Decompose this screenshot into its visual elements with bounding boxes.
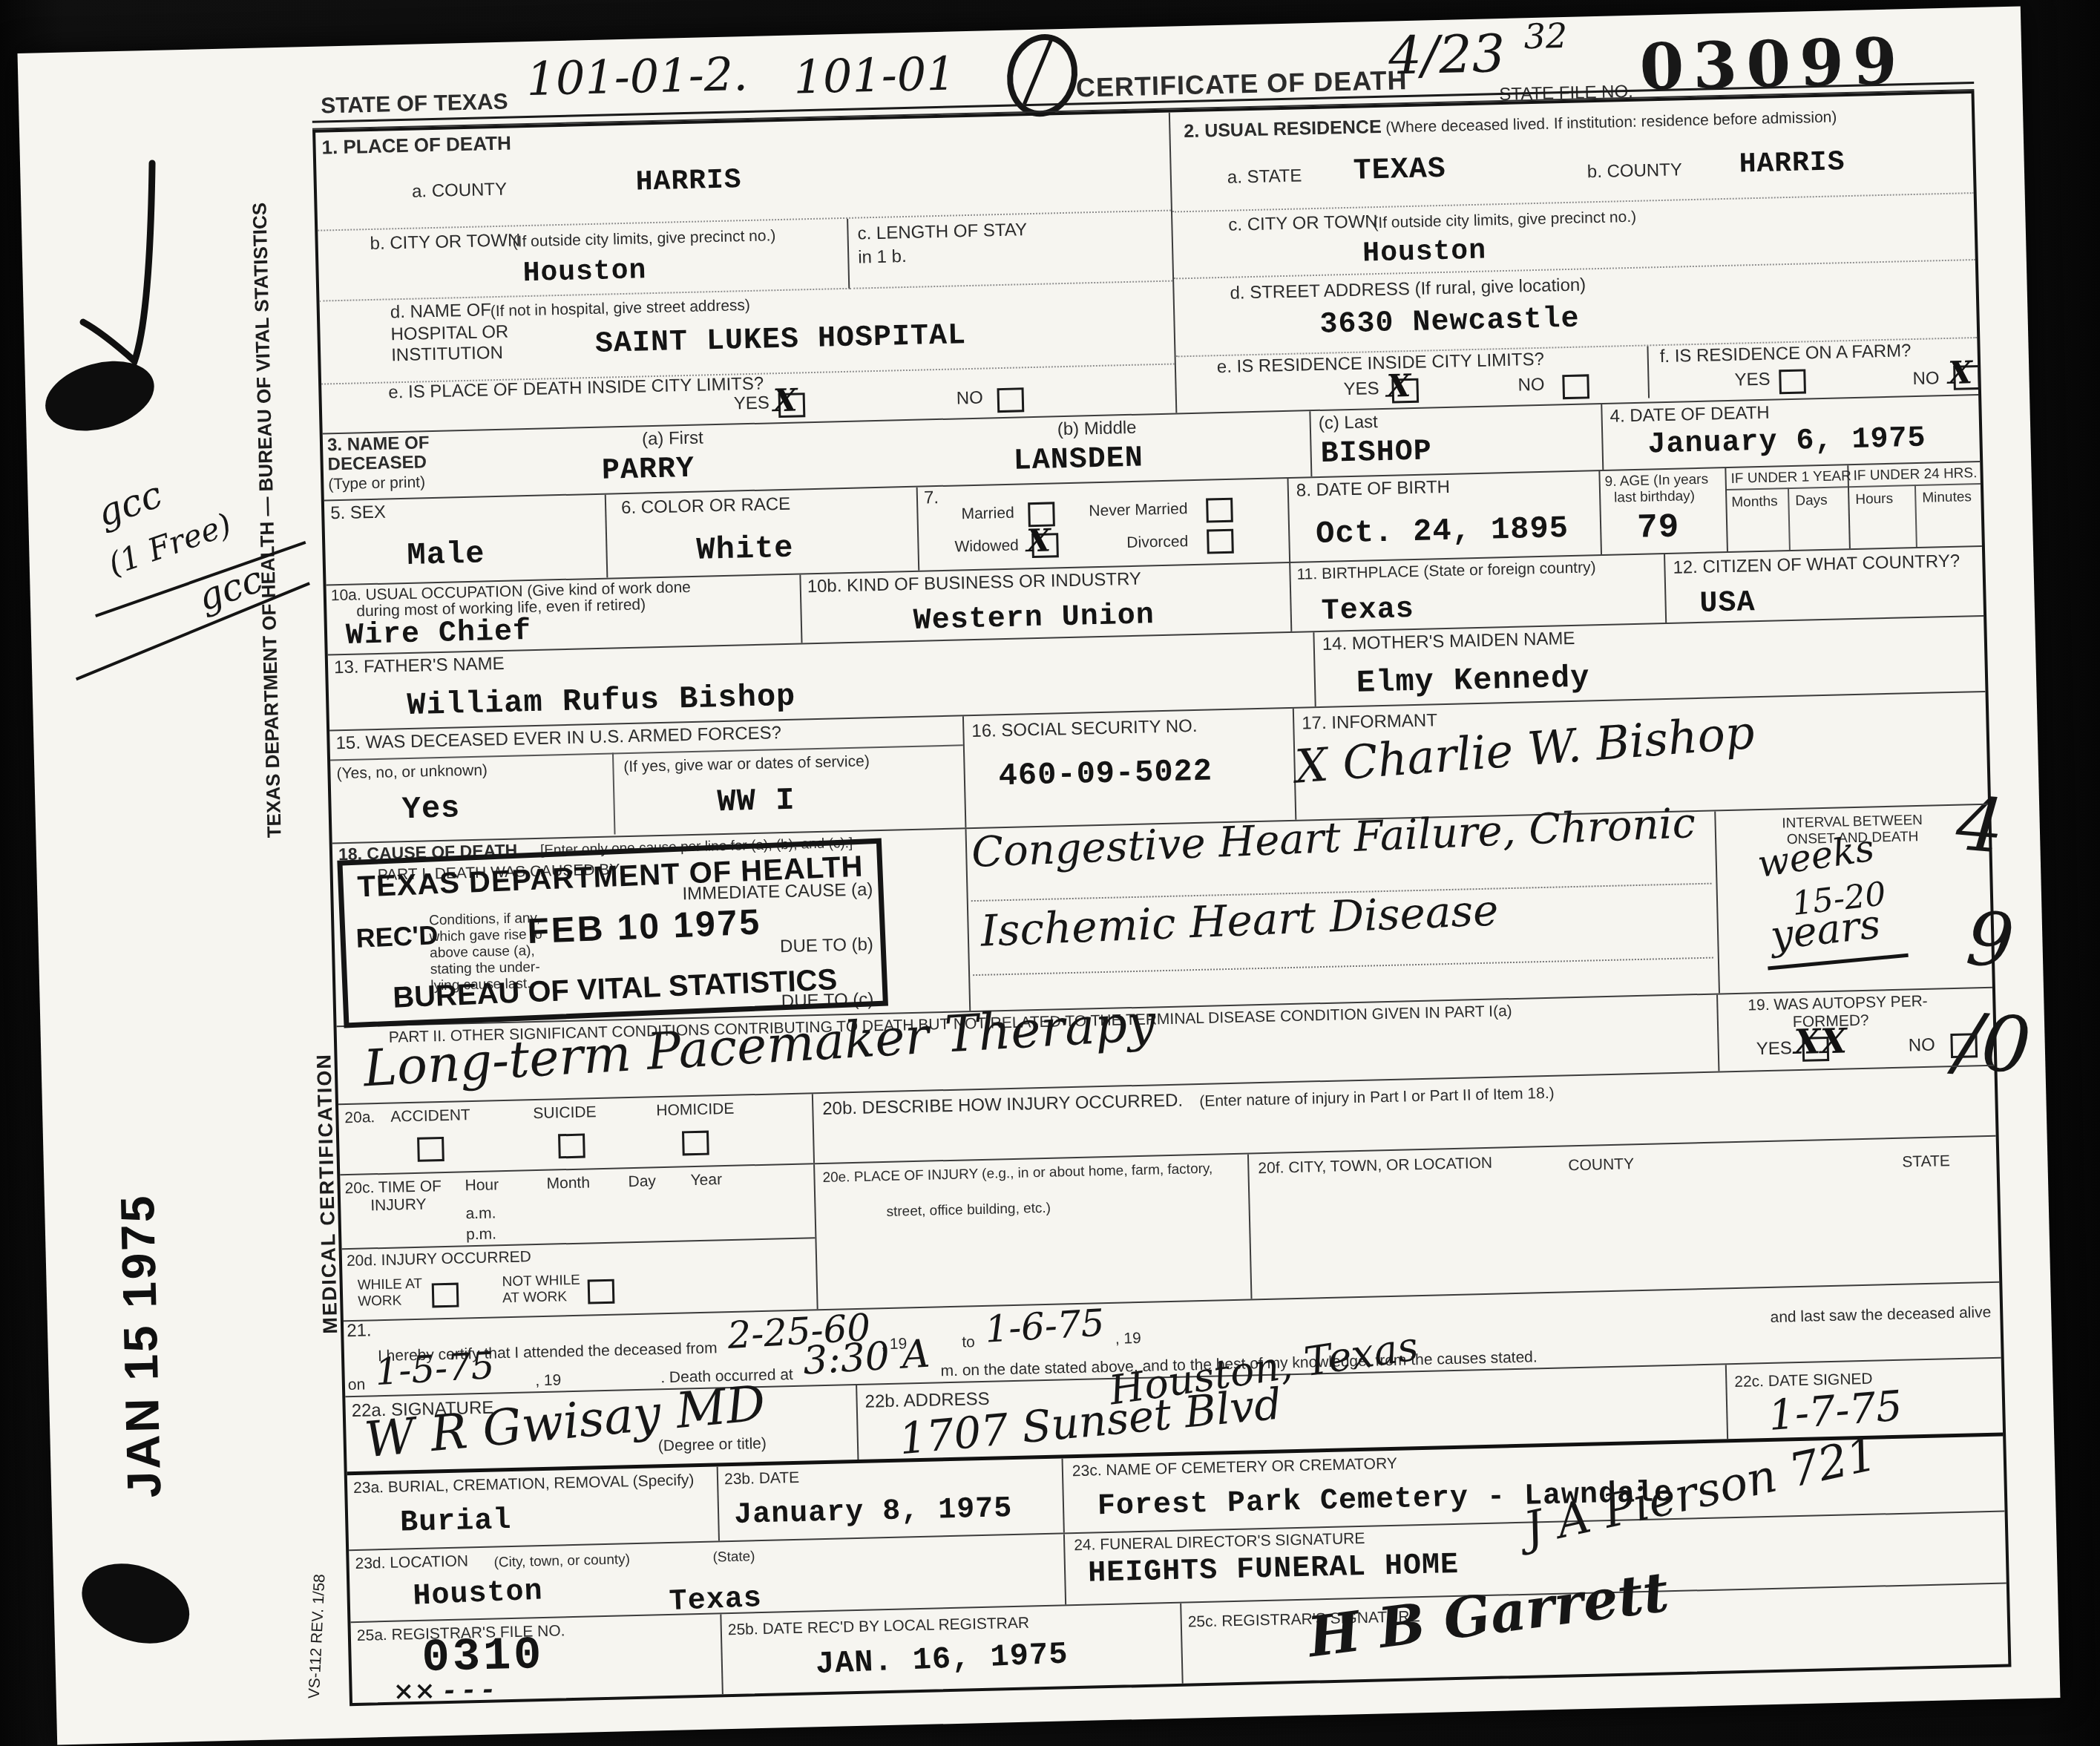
birthplace-label: 11. BIRTHPLACE (State or foreign country… [1296,559,1596,583]
residence-limits-yes-checkbox: X [1391,378,1419,404]
age-label: 9. AGE (In years [1604,472,1708,490]
armed-forces-value2: WW I [717,783,795,820]
injury-state-label: STATE [1902,1152,1950,1171]
cemetery-label: 23c. NAME OF CEMETERY OR CREMATORY [1072,1455,1397,1480]
certify-19c: , 19 [535,1372,562,1390]
industry-cell: 10b. KIND OF BUSINESS OR INDUSTRY Wester… [801,563,1292,643]
homicide-checkbox [682,1131,709,1156]
sex-cell: 5. SEX Male [324,495,608,585]
place-limits-no-label: NO [957,389,984,410]
residence-farm-label: f. IS RESIDENCE ON A FARM? [1659,341,1911,367]
autopsy-yes-label: YES [1756,1039,1792,1060]
ssn-label: 16. SOCIAL SECURITY NO. [971,717,1198,742]
industry-value: Western Union [913,599,1155,638]
item-21-number: 21. [347,1321,372,1342]
farm-yes-label: YES [1734,370,1771,391]
certify-to: to [962,1334,975,1352]
location-city-value: Houston [413,1575,544,1614]
armed-forces-value1: Yes [401,790,461,827]
residence-county-value: HARRIS [1739,146,1845,180]
length-of-stay-label: c. LENGTH OF STAY [857,220,1027,244]
never-married-checkbox [1206,498,1233,523]
residence-city-label: c. CITY OR TOWN [1228,212,1378,236]
stamp-date: FEB 10 1975 [526,902,762,952]
registrar-file-cell: 25a. REGISTRAR'S FILE NO. 0310 ×× - - - [350,1614,723,1703]
informant-cell: 17. INFORMANT X Charlie W. Bishop [1294,692,1988,820]
cause-line-b-handwriting: Ischemic Heart Disease [980,885,1499,956]
if-under-1-year-cell: IF UNDER 1 YEAR Months Days [1726,465,1851,551]
place-limits-yes-mark: X [772,381,798,419]
autopsy-yes-mark: XX [1794,1020,1848,1062]
residence-city-paren: (If outside city limits, give precinct n… [1373,209,1636,232]
scanned-film-background: TEXAS DEPARTMENT OF HEALTH — BUREAU OF V… [0,0,2100,1746]
autopsy-cell: 19. WAS AUTOPSY PER- FORMED? YES XX NO [1718,988,1994,1071]
date-of-birth-value: Oct. 24, 1895 [1316,511,1569,552]
father-name-label: 13. FATHER'S NAME [334,654,505,678]
interval-b-handwriting-2: years [1768,901,1883,959]
am-label: a.m. [465,1204,496,1222]
time-of-injury-label-1: 20c. TIME OF [344,1178,442,1198]
mother-name-value: Elmy Kennedy [1356,660,1589,700]
middle-name-value: LANSDEN [1013,442,1143,479]
place-limits-no-checkbox [997,387,1025,413]
stamp-line1: TEXAS DEPARTMENT OF HEALTH [343,850,878,905]
place-county-value: HARRIS [635,164,742,198]
widowed-label: Widowed [954,537,1019,557]
date-of-death-value: January 6, 1975 [1647,422,1926,462]
while-at-work-checkbox [432,1283,459,1308]
ink-blob-bottom-left [70,1549,201,1658]
certify-to-date: 1-6-75 [984,1302,1106,1351]
citizen-cell: 12. CITIZEN OF WHAT COUNTRY? USA [1665,547,1983,623]
certify-alive-date: 1-5-75 [374,1344,496,1394]
at-work-label: AT WORK [502,1289,567,1306]
certify-tail: and last saw the deceased alive [1770,1304,1991,1327]
handwritten-margin-note-3: gcc [192,557,268,620]
mother-name-label: 14. MOTHER'S MAIDEN NAME [1322,629,1575,655]
usual-residence-section: 2. USUAL RESIDENCE (Where deceased lived… [1170,93,1978,413]
color-race-value: White [696,531,794,568]
birthplace-cell: 11. BIRTHPLACE (State or foreign country… [1290,554,1667,631]
date-signed-handwriting: 1-7-75 [1767,1382,1904,1440]
residence-limits-no-checkbox [1562,374,1589,399]
registrar-file-strike-marks: ×× - - - [393,1675,493,1707]
institution-label: INSTITUTION [391,344,503,366]
certify-death-time: 3:30 A [802,1332,931,1384]
place-city-paren: (If outside city limits, give precinct n… [512,227,775,251]
minutes-label: Minutes [1922,489,1972,506]
place-city-cell: b. CITY OR TOWN (If outside city limits,… [318,219,850,302]
injury-occurred-cell: 20d. INJURY OCCURRED WHILE AT WORK NOT W… [342,1238,817,1317]
certify-on: on [348,1376,366,1394]
location-city-sublabel: (City, town, or county) [493,1552,630,1571]
certificate-paper: TEXAS DEPARTMENT OF HEALTH — BUREAU OF V… [18,7,2061,1745]
last-name-cell: (c) Last BISHOP [1309,404,1604,476]
cause-line-b-rule [973,957,1713,977]
armed-forces-sub2: (If yes, give war or dates of service) [623,752,870,775]
type-or-print-label: (Type or print) [328,473,425,493]
handwritten-code-2: 101-01 [793,46,957,104]
burial-value: Burial [400,1504,512,1540]
ssn-value: 460-09-5022 [998,753,1213,794]
name-of-deceased-label2: DECEASED [327,453,427,475]
location-state-value: Texas [669,1582,763,1619]
hour-label: Hour [465,1176,499,1195]
if-under-24-hrs-cell: IF UNDER 24 HRS. Hours Minutes [1848,462,1982,548]
residence-county-label: b. COUNTY [1587,160,1683,183]
married-label: Married [961,505,1014,523]
handwritten-cert-number-sup: 32 [1523,16,1568,56]
injury-occurred-label: 20d. INJURY OCCURRED [347,1248,531,1270]
ssn-cell: 16. SOCIAL SECURITY NO. 460-09-5022 [964,709,1296,827]
day-label: Day [628,1172,656,1190]
cell-20a-label: 20a. [344,1109,375,1126]
under-1-year-label: IF UNDER 1 YEAR [1730,468,1851,487]
month-label: Month [546,1174,590,1192]
location-label: 23d. LOCATION [355,1552,468,1572]
residence-limits-cell: e. IS RESIDENCE INSIDE CITY LIMITS? YES … [1176,346,1650,409]
date-of-death-label: 4. DATE OF DEATH [1610,404,1770,427]
length-of-stay-sublabel: in 1 b. [858,247,907,268]
residence-farm-cell: f. IS RESIDENCE ON A FARM? YES NO X [1648,338,1978,398]
state-of-texas-label: STATE OF TEXAS [321,90,508,119]
age-cell: 9. AGE (In years last birthday) 79 [1600,468,1728,554]
funeral-director-label: 24. FUNERAL DIRECTOR'S SIGNATURE [1074,1530,1365,1555]
burial-cell: 23a. BURIAL, CREMATION, REMOVAL (Specify… [347,1466,720,1549]
interval-cell: INTERVAL BETWEEN ONSET AND DEATH weeks 1… [1716,805,1992,994]
hospital-or-label: HOSPITAL OR [390,323,508,346]
received-date-stamp: JAN 15 1975 [106,1052,171,1499]
date-of-death-cell: 4. DATE OF DEATH January 6, 1975 [1602,396,1980,470]
citizen-label: 12. CITIZEN OF WHAT COUNTRY? [1673,552,1960,579]
residence-state-label: a. STATE [1227,166,1302,188]
hours-minutes-divider [1914,485,1917,547]
stamp-recd: REC'D [355,919,439,954]
place-of-injury-label2: street, office building, etc.) [886,1201,1051,1220]
hospital-name-paren: (If not in hospital, give street address… [490,297,751,321]
describe-injury-paren: (Enter nature of injury in Part I or Par… [1199,1085,1555,1111]
while-at-label: WHILE AT [358,1276,423,1293]
describe-injury-label: 20b. DESCRIBE HOW INJURY OCCURRED. [822,1092,1183,1120]
place-of-injury-cell: 20e. PLACE OF INJURY (e.g., in or about … [815,1154,1252,1309]
funeral-home-value: HEIGHTS FUNERAL HOME [1088,1549,1460,1591]
place-limits-yes-label: YES [734,393,770,414]
middle-name-label: (b) Middle [1057,419,1137,440]
usual-residence-paren: (Where deceased lived. If institution: r… [1385,108,1837,137]
marital-status-cell: 7. Married Never Married Widowed X Divor… [918,479,1290,571]
residence-state-value: TEXAS [1353,153,1446,188]
hospital-name-label: d. NAME OF [390,301,492,323]
residence-limits-yes-mark: X [1386,367,1411,404]
birthplace-value: Texas [1321,593,1414,629]
usual-residence-label: 2. USUAL RESIDENCE [1184,116,1382,142]
age-label2: last birthday) [1614,488,1695,506]
handwritten-margin-note-1: gcc [92,473,168,535]
suicide-label: SUICIDE [533,1103,597,1123]
widowed-checkbox: X [1031,533,1059,558]
sex-value: Male [407,536,485,573]
handwritten-checkmark-stroke [65,154,196,387]
citizen-value: USA [1699,586,1756,621]
registrar-date-label: 25b. DATE REC'D BY LOCAL REGISTRAR [728,1615,1030,1639]
row-place-and-residence: 1. PLACE OF DEATH a. COUNTY HARRIS b. CI… [315,93,1978,434]
color-race-cell: 6. COLOR OR RACE White [606,488,920,578]
age-value: 79 [1637,508,1680,548]
received-stamp-box: TEXAS DEPARTMENT OF HEALTH REC'D FEB 10 … [337,838,888,1028]
never-married-label: Never Married [1089,500,1188,520]
months-label: Months [1731,493,1778,511]
autopsy-label-1: 19. WAS AUTOPSY PER- [1748,993,1928,1014]
place-county-label: a. COUNTY [412,180,508,203]
divorced-label: Divorced [1126,533,1188,551]
physician-signature-cell: 22a. SIGNATURE W R Gwisay MD (Degree or … [345,1385,859,1471]
date-of-birth-cell: 8. DATE OF BIRTH Oct. 24, 1895 [1288,471,1602,562]
certify-19b: , 19 [1115,1330,1142,1348]
under-24-hrs-label: IF UNDER 24 HRS. [1853,465,1977,484]
residence-limits-no-label: NO [1517,375,1545,396]
registrar-date-cell: 25b. DATE REC'D BY LOCAL REGISTRAR JAN. … [721,1604,1183,1695]
autopsy-yes-checkbox: XX [1802,1037,1829,1062]
marital-number-label: 7. [924,488,939,508]
father-name-value: William Rufus Bishop [407,679,796,723]
time-of-injury-cell: 20c. TIME OF INJURY Hour Month Day Year … [340,1164,815,1250]
farm-no-checkbox: X [1953,365,1981,390]
handwritten-cert-number: 4/23 [1388,23,1506,87]
hours-label: Hours [1855,491,1893,508]
cause-lines-cell: Congestive Heart Failure, Chronic Ischem… [966,811,1719,1011]
suicide-checkbox [558,1134,585,1159]
form-code-vertical-text: VS-112 REV. 1/58 [306,1513,332,1699]
location-state-sublabel: (State) [712,1549,755,1566]
time-of-injury-label-2: INJURY [370,1196,427,1215]
injury-county-label: COUNTY [1568,1155,1634,1175]
registrar-date-value: JAN. 16, 1975 [815,1636,1069,1682]
months-days-divider [1788,488,1791,550]
homicide-label: HOMICIDE [656,1100,735,1120]
place-limits-yes-checkbox: X [778,393,806,418]
place-of-death-label: 1. PLACE OF DEATH [321,132,511,158]
place-city-label: b. CITY OR TOWN [370,231,520,255]
date-of-birth-label: 8. DATE OF BIRTH [1296,478,1451,502]
oval-slash [1023,35,1054,105]
mother-name-cell: 14. MOTHER'S MAIDEN NAME Elmy Kennedy [1314,617,1985,706]
hospital-name-value: SAINT LUKES HOSPITAL [594,319,966,361]
street-address-label2: d. STREET ADDRESS (If rural, give locati… [1230,275,1586,303]
pm-label: p.m. [466,1225,496,1243]
last-name-label: (c) Last [1318,413,1378,434]
first-name-value: PARRY [601,453,695,488]
accident-suicide-homicide-cell: 20a. ACCIDENT SUICIDE HOMICIDE [338,1094,815,1174]
farm-no-mark: X [1948,354,1973,391]
armed-forces-sub1: (Yes, no, or unknown) [336,761,488,782]
industry-label: 10b. KIND OF BUSINESS OR INDUSTRY [807,570,1141,597]
work-label: WORK [358,1293,402,1310]
street-address-value: 3630 Newcastle [1319,303,1580,342]
death-certificate-form: 1. PLACE OF DEATH a. COUNTY HARRIS b. CI… [312,91,2011,1706]
occupation-cell: 10a. USUAL OCCUPATION (Give kind of work… [327,574,803,654]
occupation-value: Wire Chief [346,615,532,653]
burial-label: 23a. BURIAL, CREMATION, REMOVAL (Specify… [353,1471,695,1497]
armed-forces-vert-divider [612,752,616,834]
handwritten-code-1: 101-01-2. [526,47,749,106]
divorced-checkbox [1207,529,1234,554]
last-name-value: BISHOP [1320,435,1432,471]
injury-city-label: 20f. CITY, TOWN, OR LOCATION [1258,1155,1492,1178]
cause-of-death-label-cell: 18. CAUSE OF DEATH [Enter only one cause… [332,829,971,1025]
burial-date-value: January 8, 1975 [734,1492,1013,1532]
farm-yes-checkbox [1779,369,1806,394]
burial-date-cell: 23b. DATE January 8, 1975 [718,1458,1065,1540]
place-of-injury-label: 20e. PLACE OF INJURY (e.g., in or about … [822,1161,1238,1186]
autopsy-no-checkbox [1950,1033,1978,1058]
year-label: Year [690,1171,722,1189]
injury-city-county-state-cell: 20f. CITY, TOWN, OR LOCATION COUNTY STAT… [1249,1137,1999,1299]
burial-date-label: 23b. DATE [724,1469,800,1489]
residence-limits-yes-label: YES [1343,379,1379,400]
length-of-stay-cell: c. LENGTH OF STAY in 1 b. [848,211,1172,289]
place-of-death-section: 1. PLACE OF DEATH a. COUNTY HARRIS b. CI… [315,113,1177,433]
not-while-label: NOT WHILE [502,1273,580,1290]
residence-city-value: Houston [1362,235,1487,270]
farm-no-label: NO [1912,369,1940,390]
first-name-label: (a) First [642,428,703,450]
autopsy-no-label: NO [1908,1036,1935,1057]
color-race-label: 6. COLOR OR RACE [621,495,791,519]
injury-time-occurred-stack: 20c. TIME OF INJURY Hour Month Day Year … [340,1164,818,1320]
not-while-at-work-checkbox [588,1279,615,1304]
widowed-mark: X [1026,522,1051,559]
place-city-value: Houston [522,255,647,289]
armed-forces-cell: 15. WAS DECEASED EVER IN U.S. ARMED FORC… [329,716,966,842]
sex-label: 5. SEX [330,503,386,525]
stamp-line3: BUREAU OF VITAL STATISTICS [347,962,882,1017]
accident-checkbox [417,1137,444,1162]
accident-label: ACCIDENT [390,1106,470,1126]
days-label: Days [1795,493,1828,509]
